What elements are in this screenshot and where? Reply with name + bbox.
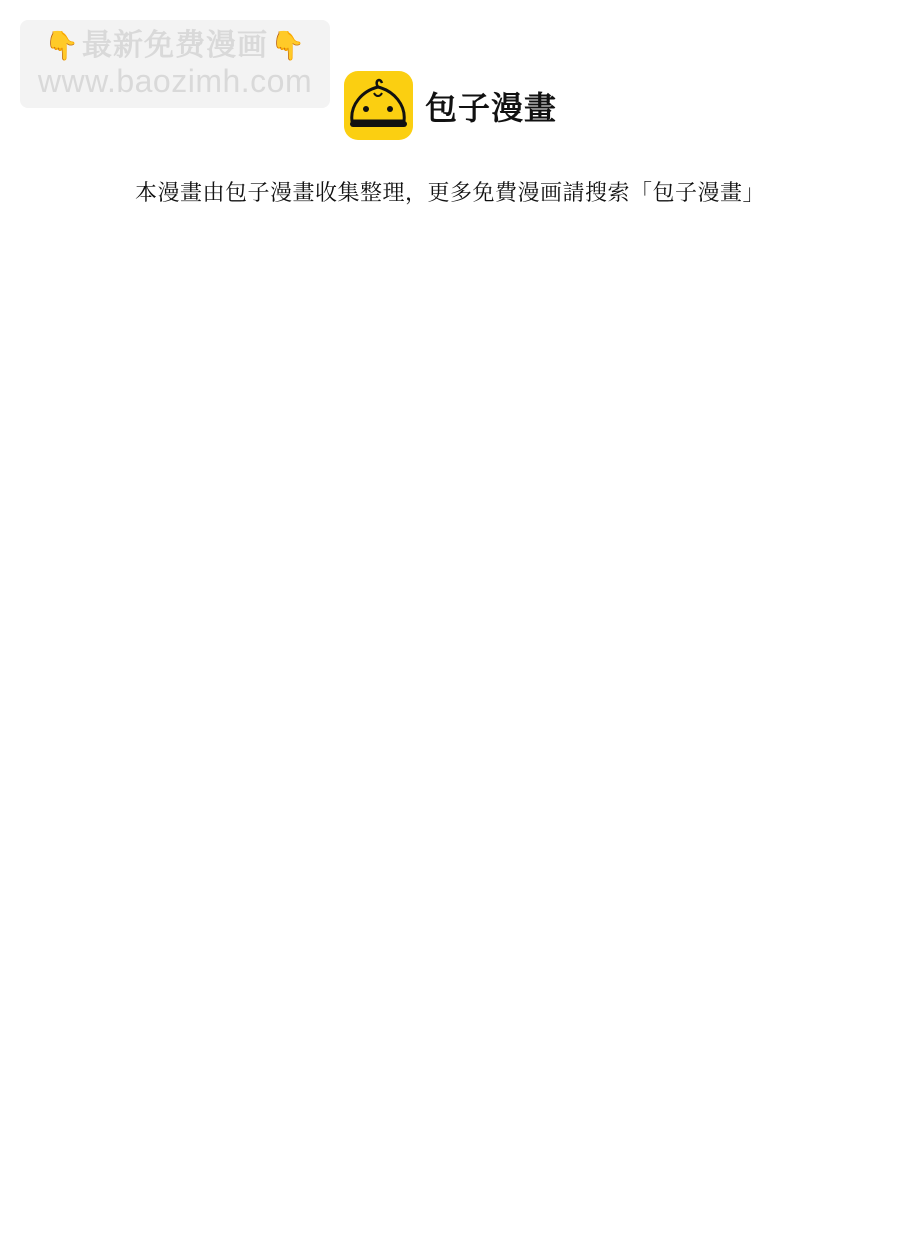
- brand-header: 包子漫畫: [344, 71, 557, 140]
- watermark-url: www.baozimh.com: [38, 63, 312, 99]
- brand-name: 包子漫畫: [425, 83, 557, 129]
- baozi-bun-icon: [344, 71, 413, 140]
- pointing-down-hand-icon: 👇: [270, 29, 306, 63]
- pointing-down-hand-icon: 👇: [44, 29, 80, 63]
- watermark-title-row: 👇 最新免费漫画 👇: [42, 29, 308, 63]
- watermark-title: 最新免费漫画: [82, 29, 268, 63]
- collection-notice: 本漫畫由包子漫畫收集整理，更多免費漫画請搜索「包子漫畫」: [0, 176, 900, 207]
- watermark-banner: 👇 最新免费漫画 👇 www.baozimh.com: [20, 20, 330, 108]
